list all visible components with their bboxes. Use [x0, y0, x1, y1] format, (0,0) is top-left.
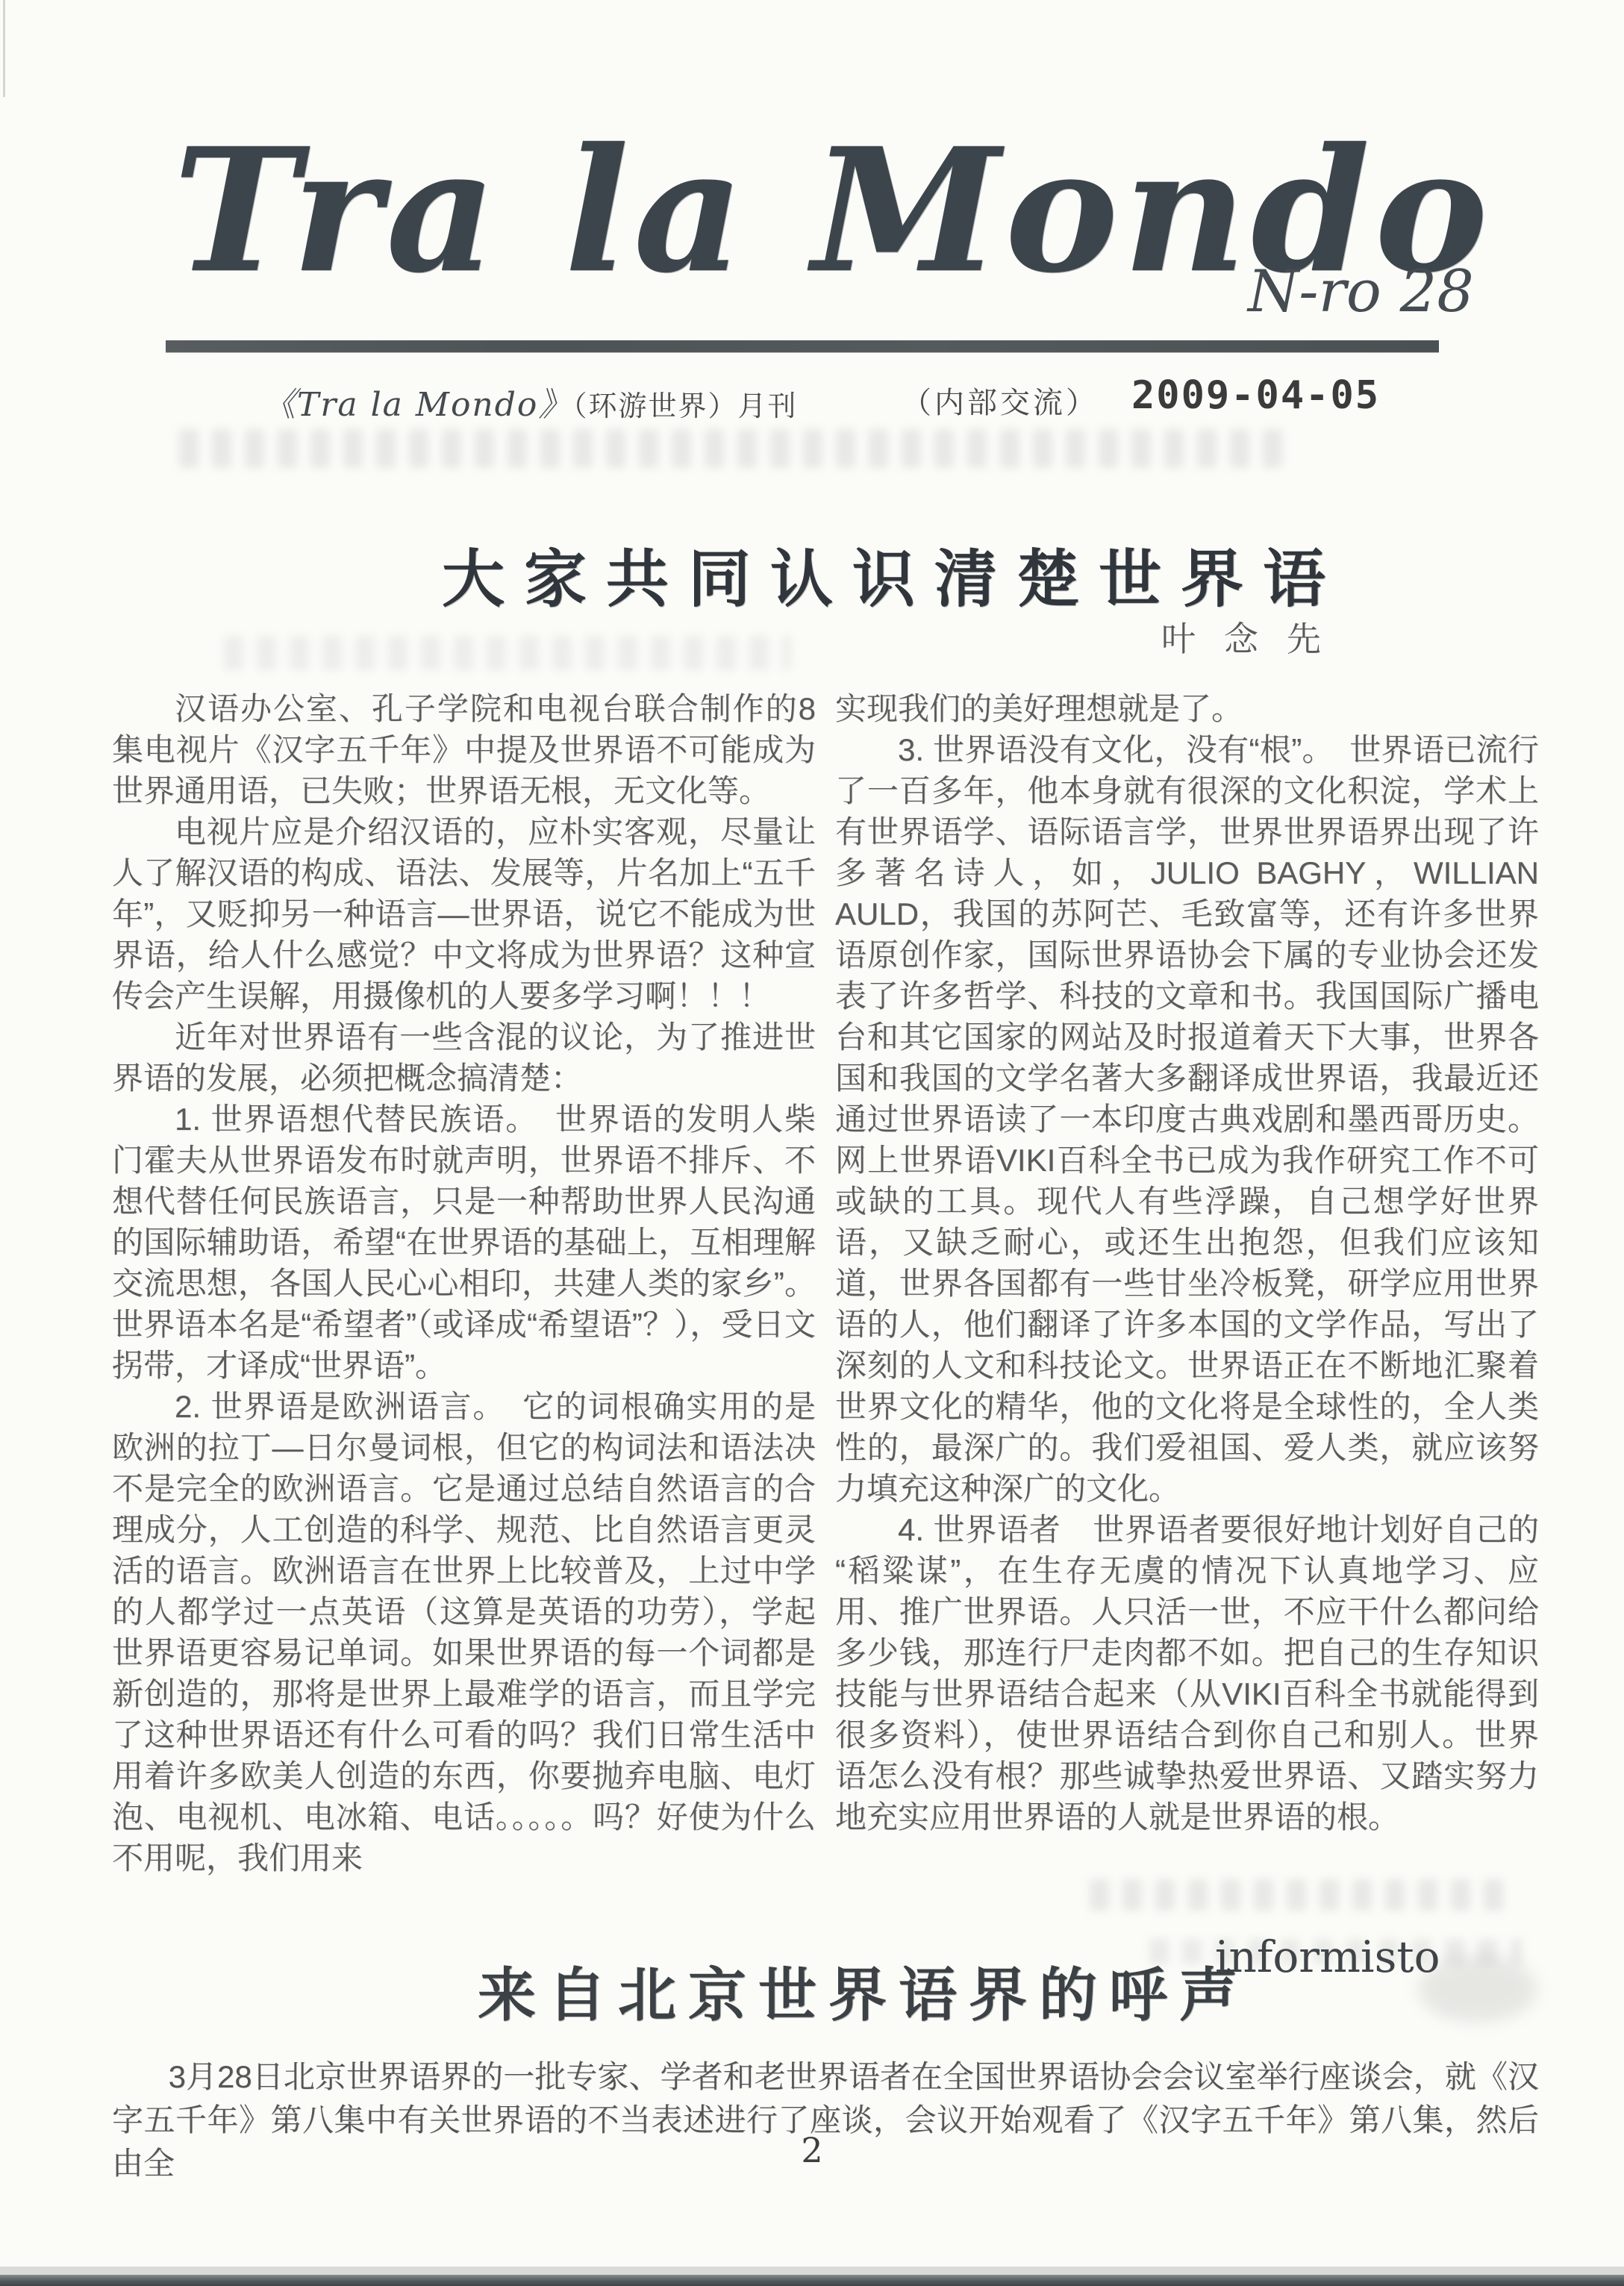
- article-author: 叶念先: [1161, 612, 1349, 661]
- article-body: 汉语办公室、孔子学院和电视台联合制作的8集电视片《汉字五千年》中提及世界语不可能…: [112, 688, 1539, 1879]
- bleed-artifact: [224, 636, 791, 670]
- article-paragraph: 汉语办公室、孔子学院和电视台联合制作的8集电视片《汉字五千年》中提及世界语不可能…: [112, 688, 816, 811]
- scan-edge-strip: [0, 2275, 1624, 2286]
- scanned-newsletter-page: Tra la Mondo N-ro 28 《Tra la Mondo》（环游世界…: [0, 0, 1624, 2286]
- masthead-subtitle: 《Tra la Mondo》（环游世界）月刊: [263, 378, 797, 425]
- issue-date: 2009-04-05: [1131, 373, 1380, 418]
- right-column: 实现我们的美好理想就是了。 3. 世界语没有文化，没有“根”。 世界语已流行了一…: [835, 688, 1539, 1879]
- masthead-subtitle-latin: 《Tra la Mondo》: [263, 386, 572, 424]
- issue-number: N-ro 28: [1248, 263, 1474, 321]
- article-paragraph: 1. 世界语想代替民族语。 世界语的发明人柴门霍夫从世界语发布时就声明，世界语不…: [112, 1099, 816, 1386]
- article-title: 大家共同认识清楚世界语: [442, 543, 1345, 616]
- article-paragraph: 电视片应是介绍汉语的，应朴实客观，尽量让人了解汉语的构成、语法、发展等，片名加上…: [112, 811, 816, 1016]
- section-byline: informisto: [1215, 1931, 1440, 1982]
- left-column: 汉语办公室、孔子学院和电视台联合制作的8集电视片《汉字五千年》中提及世界语不可能…: [112, 688, 816, 1879]
- masthead-rule: [166, 340, 1439, 352]
- article-paragraph: 2. 世界语是欧洲语言。 它的词根确实用的是欧洲的拉丁—日尔曼词根，但它的构词法…: [112, 1386, 816, 1879]
- article-paragraph: 4. 世界语者 世界语者要很好地计划好自己的“稻粱谋”，在生存无虞的情况下认真地…: [835, 1509, 1539, 1837]
- article-paragraph: 近年对世界语有一些含混的议论，为了推进世界语的发展，必须把概念搞清楚：: [112, 1016, 816, 1099]
- bleed-artifact: [179, 429, 1284, 468]
- section-title: 来自北京世界语界的呼声: [478, 1949, 1249, 2032]
- bleed-artifact: [1090, 1879, 1508, 1911]
- scan-edge-artifact: [3, 0, 5, 97]
- masthead-subtitle-cjk: （环游世界）月刊: [572, 391, 797, 422]
- article-paragraph: 实现我们的美好理想就是了。: [835, 688, 1539, 729]
- internal-circulation-label: （内部交流）: [902, 379, 1099, 422]
- page-number: 2: [0, 2130, 1624, 2170]
- article-paragraph: 3. 世界语没有文化，没有“根”。 世界语已流行了一百多年，他本身就有很深的文化…: [835, 729, 1539, 1509]
